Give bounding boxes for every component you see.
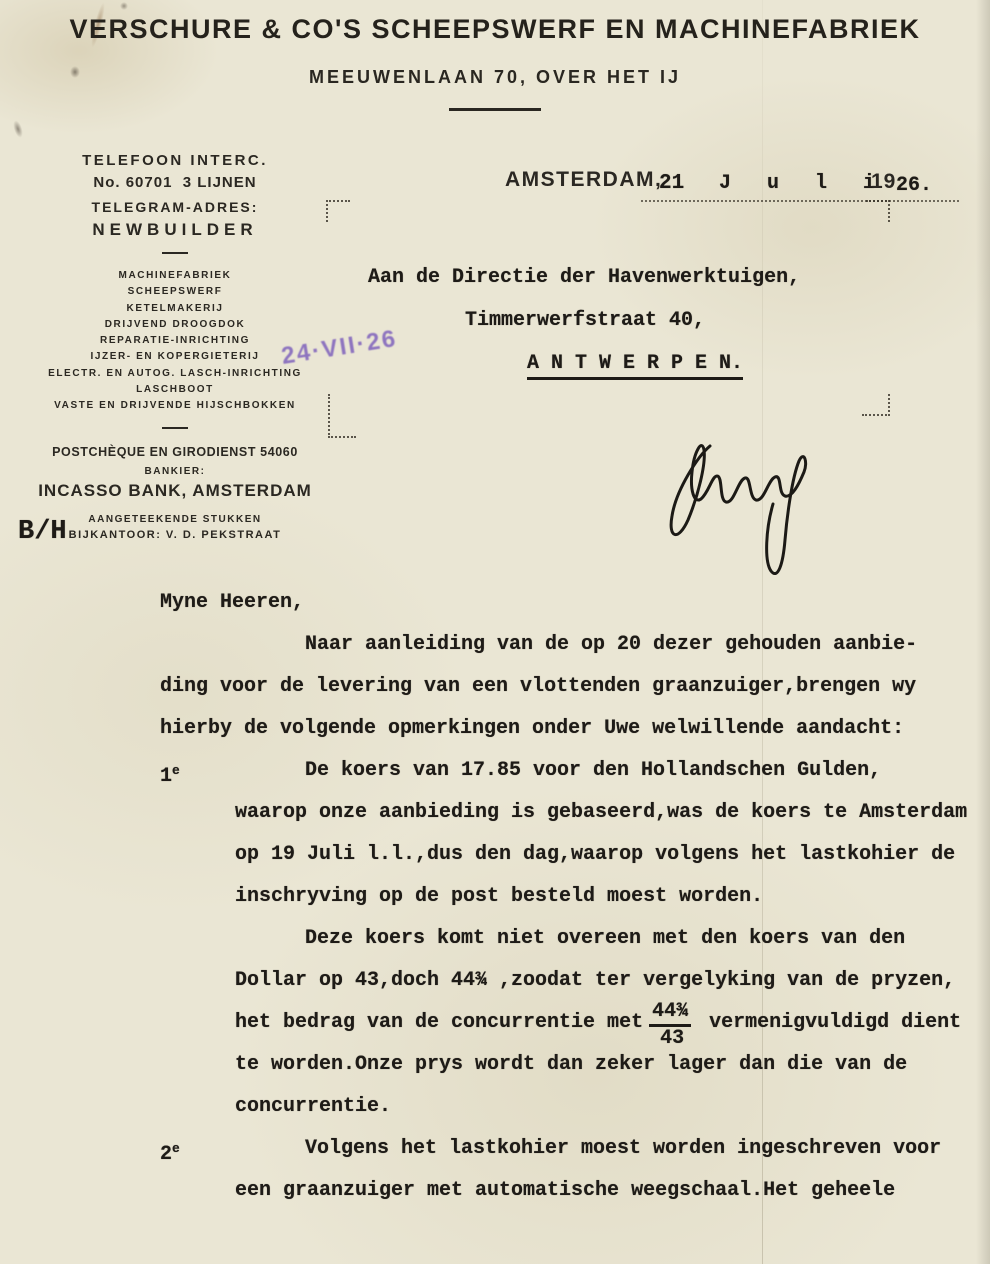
giro-account: POSTCHÈQUE EN GIRODIENST 54060 xyxy=(10,445,340,459)
envelope-window-corner-mark xyxy=(866,200,890,222)
typed-year: 26. xyxy=(896,174,932,197)
letterhead: VERSCHURE & CO'S SCHEEPSWERF EN MACHINEF… xyxy=(0,14,990,111)
service-item: DRIJVEND DROOGDOK xyxy=(10,317,340,333)
service-item: VASTE EN DRIJVENDE HIJSCHBOKKEN xyxy=(10,398,340,414)
envelope-window-corner-mark xyxy=(328,394,356,438)
recipient-city: A N T W E R P E N. xyxy=(527,342,800,385)
service-item: LASCHBOOT xyxy=(10,382,340,398)
section-marker-2: 2e xyxy=(160,1128,180,1176)
body-line: waarop onze aanbieding is gebaseerd,was … xyxy=(160,792,990,834)
letter-body: Myne Heeren, Naar aanleiding van de op 2… xyxy=(160,582,990,1212)
body-line-with-fraction: het bedrag van de concurrentie met44¾43v… xyxy=(160,1002,990,1044)
fraction-numerator: 44¾ xyxy=(649,1001,691,1027)
bank-name: INCASSO BANK, AMSTERDAM xyxy=(10,481,340,501)
printed-century: 19 xyxy=(871,170,896,194)
body-line: Naar aanleiding van de op 20 dezer gehou… xyxy=(160,624,990,666)
telegram-name: NEWBUILDER xyxy=(10,220,340,240)
letter-page: VERSCHURE & CO'S SCHEEPSWERF EN MACHINEF… xyxy=(0,0,990,1264)
envelope-window-corner-mark xyxy=(326,200,350,222)
file-reference-mark: B/H xyxy=(18,517,67,547)
body-line: Deze koers komt niet overeen met den koe… xyxy=(160,918,990,960)
sidebar-rule xyxy=(162,427,188,429)
body-line: te worden.Onze prys wordt dan zeker lage… xyxy=(160,1044,990,1086)
telephone-label: TELEFOON INTERC. xyxy=(10,152,340,169)
salutation: Myne Heeren, xyxy=(160,582,990,624)
paper-speck xyxy=(11,119,24,139)
telephone-number: No. 60701 3 LIJNEN xyxy=(10,174,340,191)
body-line: inschryving op de post besteld moest wor… xyxy=(160,876,990,918)
typed-day: 21 xyxy=(659,172,684,195)
signature xyxy=(648,424,898,589)
envelope-window-corner-mark xyxy=(862,394,890,416)
body-line-with-marker: 2eVolgens het lastkohier moest worden in… xyxy=(160,1128,990,1170)
body-line: hierby de volgende opmerkingen onder Uwe… xyxy=(160,708,990,750)
service-item: SCHEEPSWERF xyxy=(10,284,340,300)
paper-speck xyxy=(120,2,128,10)
body-line: een graanzuiger met automatische weegsch… xyxy=(160,1170,990,1212)
body-line-with-marker: 1eDe koers van 17.85 voor den Hollandsch… xyxy=(160,750,990,792)
header-rule xyxy=(449,108,541,111)
dateline: AMSTERDAM, 21 J u l i 19 26. xyxy=(505,168,662,202)
body-line: Dollar op 43,doch 44¾ ,zoodat ter vergel… xyxy=(160,960,990,1002)
sidebar-rule xyxy=(162,252,188,254)
telegram-label: TELEGRAM-ADRES: xyxy=(10,199,340,215)
service-item: MACHINEFABRIEK xyxy=(10,268,340,284)
company-address: MEEUWENLAAN 70, OVER HET IJ xyxy=(0,67,990,88)
dateline-city: AMSTERDAM, xyxy=(505,168,662,191)
body-line: ding voor de levering van een vlottenden… xyxy=(160,666,990,708)
body-line: concurrentie. xyxy=(160,1086,990,1128)
branch-office-text: BIJKANTOOR: V. D. PEKSTRAAT xyxy=(69,529,282,541)
recipient-line: Aan de Directie der Havenwerktuigen, xyxy=(368,256,800,299)
exchange-rate-fraction: 44¾43 xyxy=(649,1007,703,1027)
branch-office-note: B/H BIJKANTOOR: V. D. PEKSTRAAT xyxy=(10,529,340,541)
company-name: VERSCHURE & CO'S SCHEEPSWERF EN MACHINEF… xyxy=(0,14,990,45)
recipient-address: Aan de Directie der Havenwerktuigen, Tim… xyxy=(330,256,800,385)
section-marker-1: 1e xyxy=(160,750,180,798)
body-line: op 19 Juli l.l.,dus den dag,waarop volge… xyxy=(160,834,990,876)
signature-ink xyxy=(648,424,898,584)
typed-month: J u l i xyxy=(719,172,887,195)
recipient-line: Timmerwerfstraat 40, xyxy=(465,299,800,342)
service-item: KETELMAKERIJ xyxy=(10,301,340,317)
banker-label: BANKIER: xyxy=(10,466,340,477)
dateline-dotted-rule: 21 J u l i 19 26. xyxy=(641,168,959,202)
